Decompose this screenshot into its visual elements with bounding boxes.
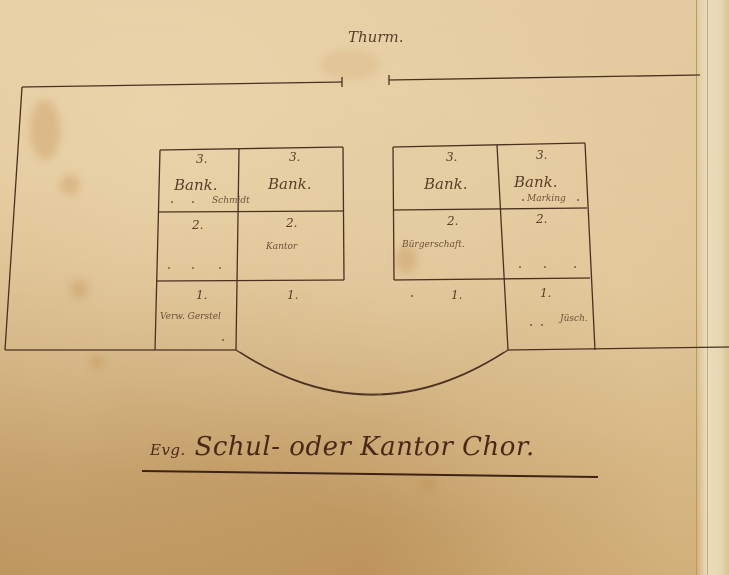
occupant-note: Kantor <box>266 242 297 252</box>
bench-number: 1. <box>196 288 207 302</box>
bench-number: 1. <box>287 288 298 302</box>
bench-label: Bank. <box>268 175 311 193</box>
bench-number: 2. <box>286 216 297 230</box>
occupant-note: Verw. Gerstel <box>160 312 221 322</box>
bench-label: Bank. <box>514 173 557 191</box>
bench-number: 3. <box>289 150 300 164</box>
title-suffix: Chor. <box>462 432 535 462</box>
occupant-note: Jüsch. <box>560 314 588 324</box>
bench-number: 1. <box>451 288 462 302</box>
tower-label: Thurm. <box>348 28 404 46</box>
bench-label: Bank. <box>174 176 217 194</box>
plan-title: Evg. Schul- oder Kantor Chor. <box>150 432 535 462</box>
bench-number: 2. <box>192 218 203 232</box>
occupant-note: Marking <box>527 194 566 204</box>
bench-number: 3. <box>446 150 457 164</box>
floor-plan-drawing <box>0 0 729 575</box>
bench-number: 2. <box>447 214 458 228</box>
title-main: Schul- oder Kantor <box>195 432 454 462</box>
occupant-note: Schmidt <box>212 196 250 206</box>
bench-number: 2. <box>536 212 547 226</box>
bench-label: Bank. <box>424 175 467 193</box>
bench-number: 3. <box>196 152 207 166</box>
title-prefix: Evg. <box>150 441 186 459</box>
occupant-note: Bürgerschaft. <box>402 240 465 250</box>
bench-number: 3. <box>536 148 547 162</box>
bench-number: 1. <box>540 286 551 300</box>
